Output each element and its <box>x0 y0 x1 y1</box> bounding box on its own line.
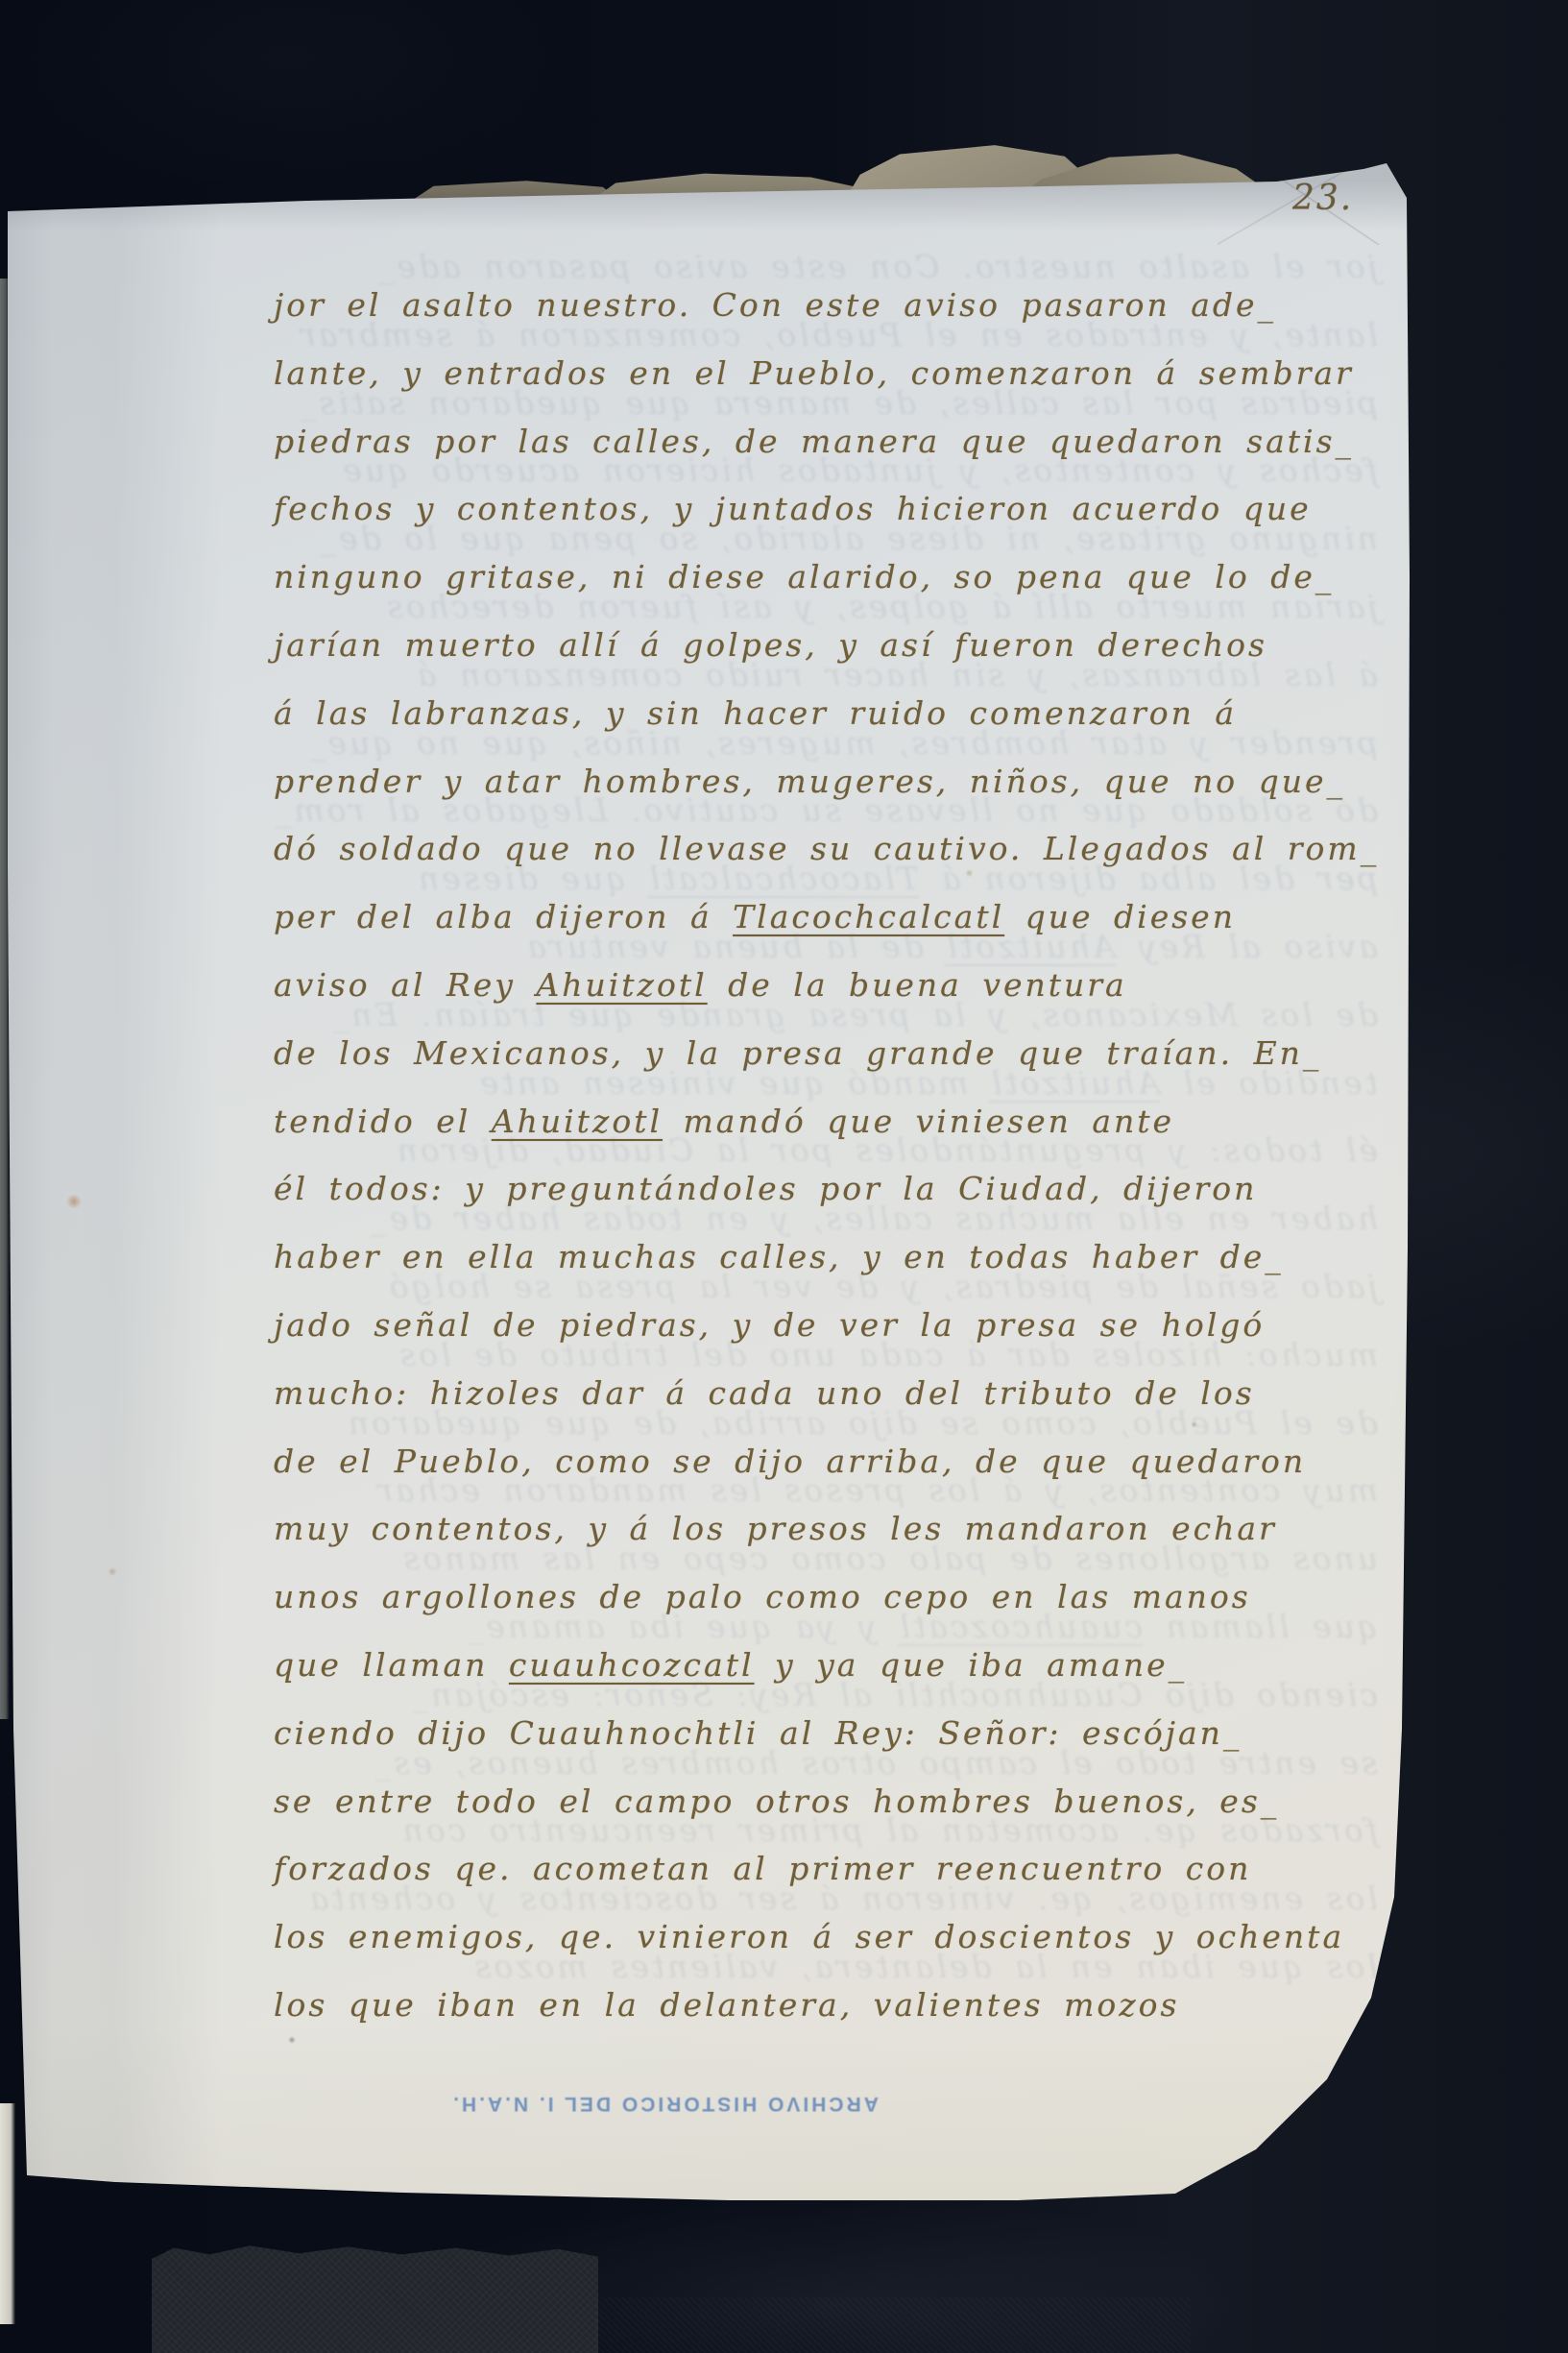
manuscript-line: prender y atar hombres, mugeres, niños, … <box>274 763 1345 809</box>
archive-stamp: ARCHIVO HISTORICO DEL I. N.A.H. <box>434 2092 895 2115</box>
foxing-spot <box>965 869 974 877</box>
manuscript-line: él todos: y preguntándoles por la Ciudad… <box>274 1170 1257 1216</box>
photographed-manuscript: jor el asalto nuestro. Con este aviso pa… <box>0 0 1568 2353</box>
manuscript-line: piedras por las calles, de manera que qu… <box>274 423 1354 469</box>
manuscript-line: tendido el Ahuitzotl mandó que viniesen … <box>274 1103 1174 1149</box>
manuscript-line: jarían muerto allí á golpes, y así fuero… <box>274 626 1267 672</box>
manuscript-line: ninguno gritase, ni diese alarido, so pe… <box>274 558 1334 604</box>
manuscript-line: mucho: hizoles dar á cada uno del tribut… <box>274 1374 1255 1420</box>
manuscript-line: per del alba dijeron á Tlacochcalcatl qu… <box>274 898 1236 944</box>
manuscript-line: jado señal de piedras, y de ver la presa… <box>274 1306 1265 1352</box>
manuscript-line: fechos y contentos, y juntados hicieron … <box>274 490 1312 536</box>
manuscript-line: haber en ella muchas calles, y en todas … <box>274 1238 1284 1284</box>
manuscript-line: de los Mexicanos, y la presa grande que … <box>274 1034 1321 1080</box>
manuscript-line: á las labranzas, y sin hacer ruido comen… <box>274 694 1237 740</box>
velcro-patch <box>595 2297 1191 2353</box>
foxing-spot <box>108 1567 117 1576</box>
manuscript-line: forzados qe. acometan al primer reencuen… <box>274 1850 1251 1896</box>
manuscript-line: que llaman cuauhcozcatl y ya que iba ama… <box>274 1646 1187 1692</box>
manuscript-line: muy contentos, y á los presos les mandar… <box>274 1510 1277 1556</box>
manuscript-line: dó soldado que no llevase su cautivo. Ll… <box>274 830 1379 876</box>
page-number: 23. <box>1292 179 1353 218</box>
manuscript-line: los enemigos, qe. vinieron á ser doscien… <box>274 1918 1344 1964</box>
page-edge-strip <box>0 2103 15 2324</box>
manuscript-line: se entre todo el campo otros hombres bue… <box>274 1783 1279 1829</box>
foxing-spot <box>1191 1421 1197 1428</box>
manuscript-text-block: jor el asalto nuestro. Con este aviso pa… <box>274 286 1387 2063</box>
foxing-spot <box>288 2036 296 2044</box>
manuscript-line: lante, y entrados en el Pueblo, comenzar… <box>274 354 1354 400</box>
manuscript-page: jor el asalto nuestro. Con este aviso pa… <box>0 0 1568 2353</box>
manuscript-line: unos argollones de palo como cepo en las… <box>274 1578 1251 1624</box>
manuscript-line: de el Pueblo, como se dijo arriba, de qu… <box>274 1443 1306 1489</box>
velcro-patch <box>152 2244 598 2353</box>
foxing-spot <box>65 1195 83 1208</box>
manuscript-line: los que iban en la delantera, valientes … <box>274 1986 1179 2032</box>
manuscript-line: ciendo dijo Cuauhnochtli al Rey: Señor: … <box>274 1714 1242 1760</box>
manuscript-line: jor el asalto nuestro. Con este aviso pa… <box>274 286 1276 332</box>
manuscript-line: aviso al Rey Ahuitzotl de la buena ventu… <box>274 966 1127 1012</box>
